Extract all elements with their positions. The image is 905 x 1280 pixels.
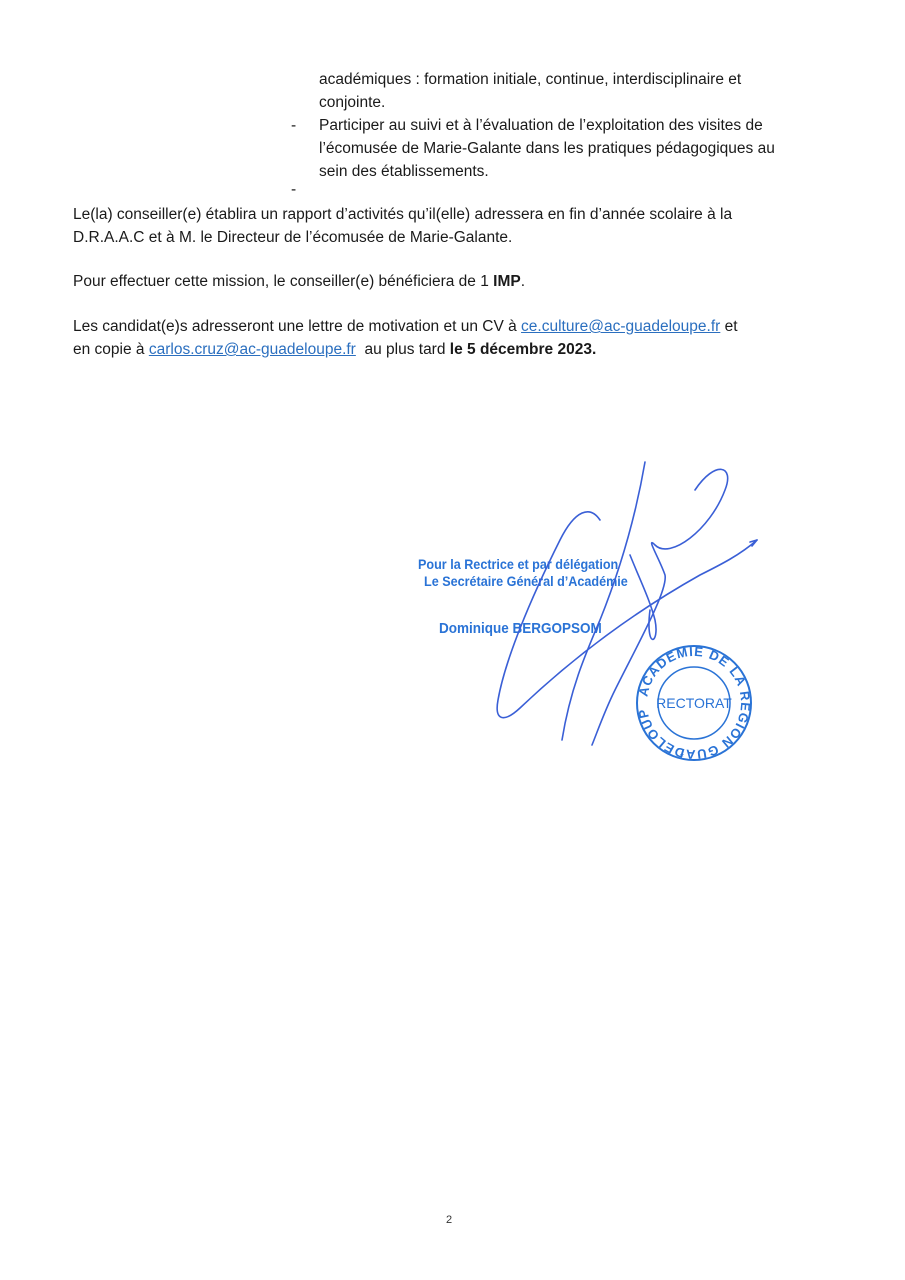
svg-text:ACADEMIE DE LA REGION GUADELOU: ACADEMIE DE LA REGION GUADELOUPE <box>0 0 753 762</box>
stamp-center-text: RECTORAT <box>656 695 732 711</box>
stamp-outer-text: ACADEMIE DE LA REGION GUADELOUPE <box>0 0 753 762</box>
star-icon: * <box>680 752 684 763</box>
page-number: 2 <box>446 1214 452 1226</box>
handwritten-signature: ACADEMIE DE LA REGION GUADELOUPE RECTORA… <box>0 0 905 1280</box>
